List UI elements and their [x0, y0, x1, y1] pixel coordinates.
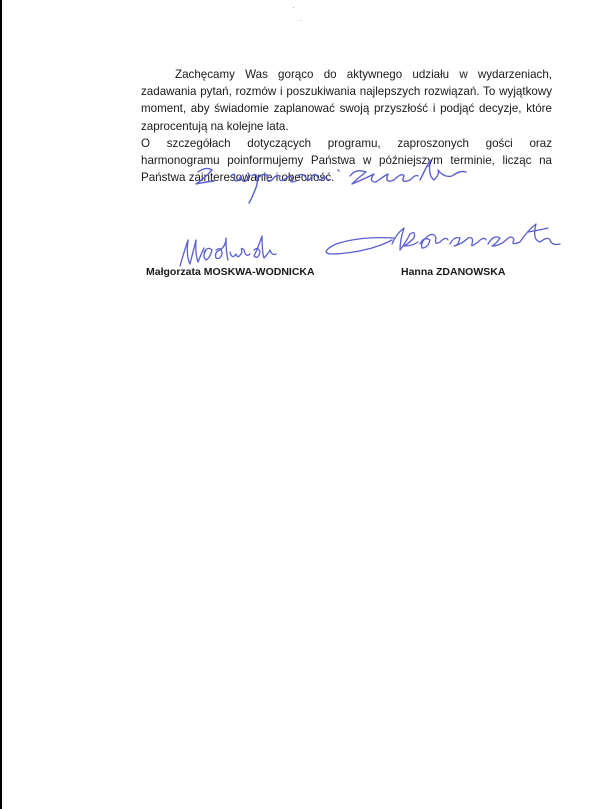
signature-right — [326, 224, 560, 254]
page-left-border — [0, 0, 2, 809]
signatory-name-left: Małgorzata MOSKWA-WODNICKA — [146, 266, 315, 278]
scan-speck — [300, 20, 301, 21]
scan-speck — [293, 7, 294, 8]
letter-body: Zachęcamy Was gorąco do aktywnego udział… — [141, 66, 552, 186]
paragraph: Zachęcamy Was gorąco do aktywnego udział… — [141, 66, 552, 135]
signature-left — [180, 236, 276, 266]
signatory-name-right: Hanna ZDANOWSKA — [401, 266, 505, 278]
paragraph: O szczegółach dotyczących programu, zapr… — [141, 135, 552, 187]
